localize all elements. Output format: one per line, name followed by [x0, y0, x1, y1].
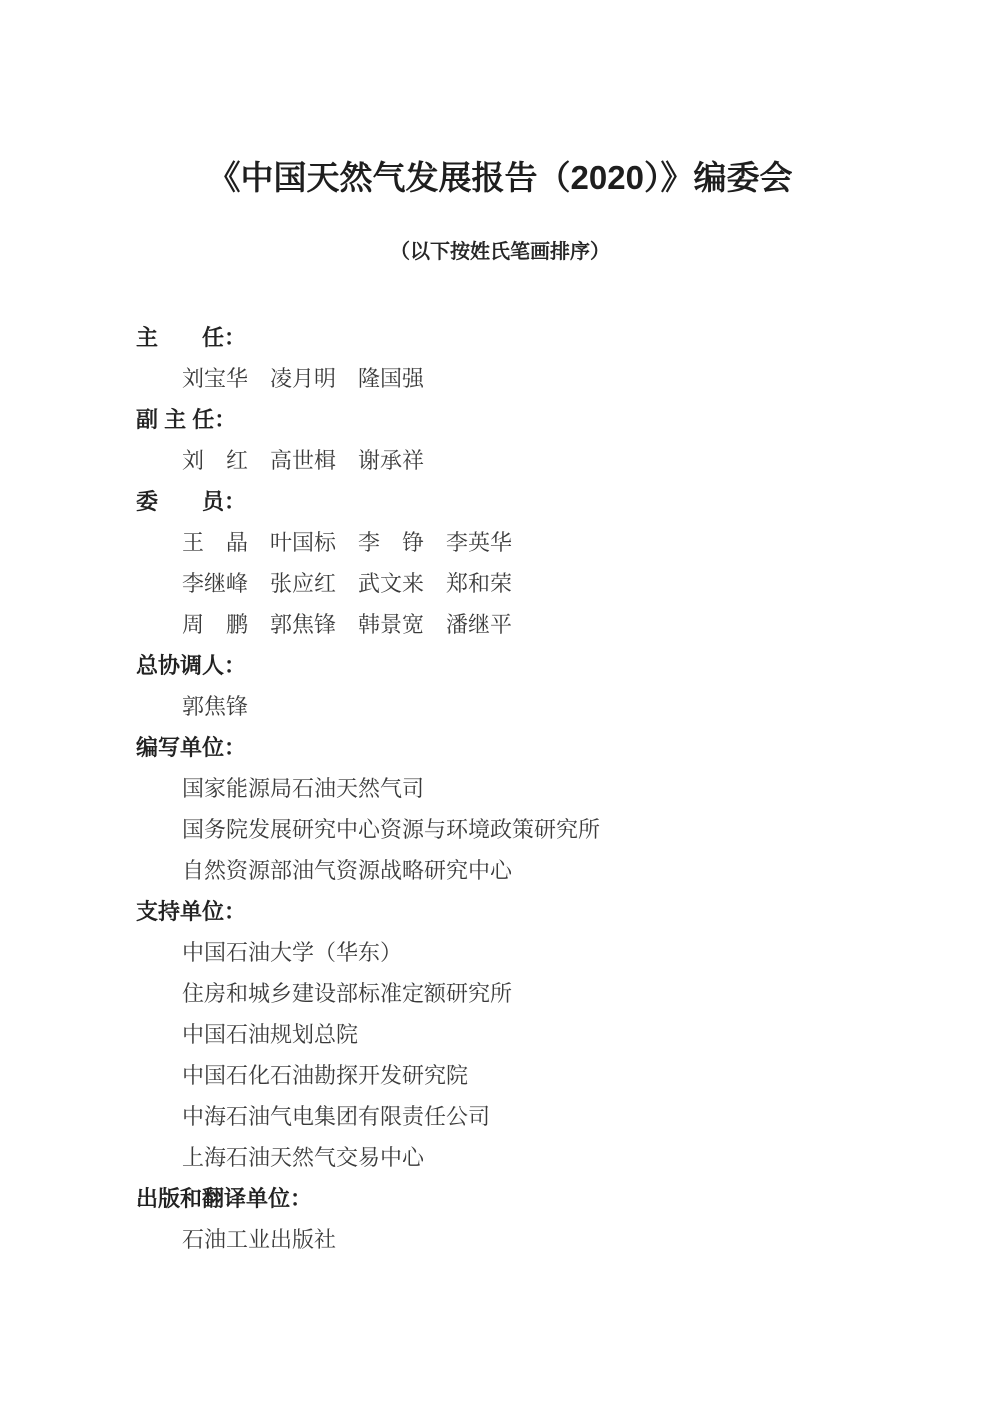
section-supporting-units-label: 支持单位： [136, 891, 940, 932]
compiling-unit-line-3: 自然资源部油气资源战略研究中心 [136, 850, 940, 891]
supporting-unit-line-2: 住房和城乡建设部标准定额研究所 [136, 973, 940, 1014]
section-members-label: 委 员： [136, 481, 940, 522]
section-director-label: 主 任： [136, 317, 940, 358]
members-names-line-2: 李继峰 张应红 武文来 郑和荣 [136, 563, 940, 604]
supporting-unit-line-3: 中国石油规划总院 [136, 1014, 940, 1055]
supporting-unit-line-1: 中国石油大学（华东） [136, 932, 940, 973]
section-publishing-translation-unit: 出版和翻译单位： 石油工业出版社 [136, 1178, 940, 1260]
section-director: 主 任： 刘宝华 凌月明 隆国强 [136, 317, 940, 399]
section-deputy-director: 副 主 任： 刘 红 高世楫 谢承祥 [136, 399, 940, 481]
chief-coordinator-name-line: 郭焦锋 [136, 686, 940, 727]
supporting-unit-line-6: 上海石油天然气交易中心 [136, 1137, 940, 1178]
section-compiling-units: 编写单位： 国家能源局石油天然气司 国务院发展研究中心资源与环境政策研究所 自然… [136, 727, 940, 891]
members-names-line-1: 王 晶 叶国标 李 铮 李英华 [136, 522, 940, 563]
section-chief-coordinator-label: 总协调人： [136, 645, 940, 686]
committee-list: 主 任： 刘宝华 凌月明 隆国强 副 主 任： 刘 红 高世楫 谢承祥 委 员：… [0, 317, 1000, 1260]
section-members: 委 员： 王 晶 叶国标 李 铮 李英华 李继峰 张应红 武文来 郑和荣 周 鹏… [136, 481, 940, 645]
compiling-unit-line-1: 国家能源局石油天然气司 [136, 768, 940, 809]
deputy-director-names-line: 刘 红 高世楫 谢承祥 [136, 440, 940, 481]
section-deputy-director-label: 副 主 任： [136, 399, 940, 440]
page-title: 《中国天然气发展报告（2020）》编委会 [0, 0, 1000, 194]
section-supporting-units: 支持单位： 中国石油大学（华东） 住房和城乡建设部标准定额研究所 中国石油规划总… [136, 891, 940, 1178]
page-subtitle: （以下按姓氏笔画排序） [0, 242, 1000, 262]
compiling-unit-line-2: 国务院发展研究中心资源与环境政策研究所 [136, 809, 940, 850]
supporting-unit-line-4: 中国石化石油勘探开发研究院 [136, 1055, 940, 1096]
section-publishing-translation-label: 出版和翻译单位： [136, 1178, 940, 1219]
section-chief-coordinator: 总协调人： 郭焦锋 [136, 645, 940, 727]
director-names-line: 刘宝华 凌月明 隆国强 [136, 358, 940, 399]
members-names-line-3: 周 鹏 郭焦锋 韩景宽 潘继平 [136, 604, 940, 645]
supporting-unit-line-5: 中海石油气电集团有限责任公司 [136, 1096, 940, 1137]
section-compiling-units-label: 编写单位： [136, 727, 940, 768]
document-page: 《中国天然气发展报告（2020）》编委会 （以下按姓氏笔画排序） 主 任： 刘宝… [0, 0, 1000, 1406]
publishing-unit-line: 石油工业出版社 [136, 1219, 940, 1260]
